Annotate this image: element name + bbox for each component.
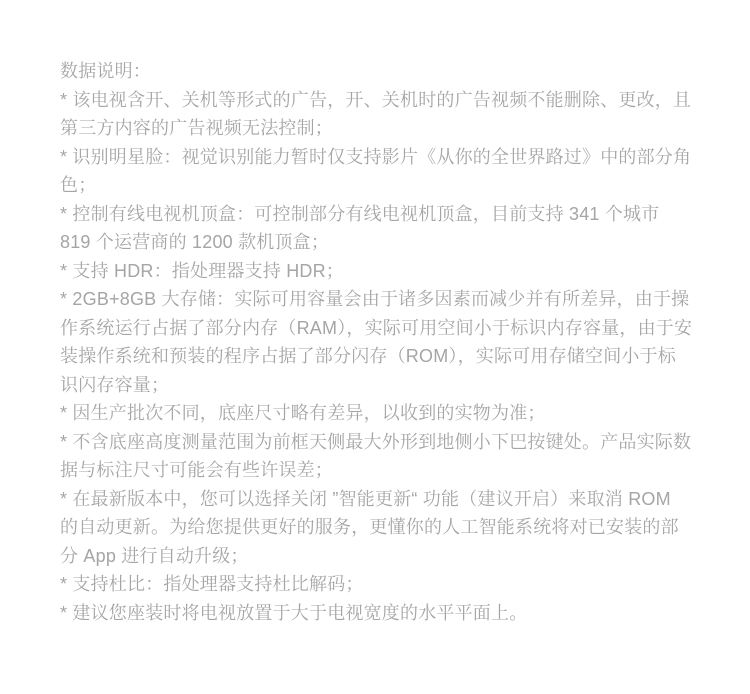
note-item-smart-update: * 在最新版本中，您可以选择关闭 ”智能更新“ 功能（建议开启）来取消 ROM … — [60, 485, 694, 571]
note-item-base-size: * 因生产批次不同，底座尺寸略有差异，以收到的实物为准； — [60, 399, 694, 428]
note-item-placement: * 建议您座装时将电视放置于大于电视宽度的水平平面上。 — [60, 599, 694, 628]
note-item-storage: * 2GB+8GB 大存储：实际可用容量会由于诸多因素而减少并有所差异，由于操作… — [60, 285, 694, 399]
notes-heading: 数据说明： — [60, 57, 694, 86]
note-item-hdr: * 支持 HDR：指处理器支持 HDR； — [60, 257, 694, 286]
note-item-height-measure: * 不含底座高度测量范围为前框天侧最大外形到地侧小下巴按键处。产品实际数据与标注… — [60, 428, 694, 485]
note-item-settop-box: * 控制有线电视机顶盒：可控制部分有线电视机顶盒，目前支持 341 个城市 81… — [60, 200, 694, 257]
note-item-ads: * 该电视含开、关机等形式的广告，开、关机时的广告视频不能删除、更改，且第三方内… — [60, 86, 694, 143]
note-item-dolby: * 支持杜比：指处理器支持杜比解码； — [60, 570, 694, 599]
data-notes-section: 数据说明： * 该电视含开、关机等形式的广告，开、关机时的广告视频不能删除、更改… — [0, 0, 750, 694]
note-item-face-recognition: * 识别明星脸：视觉识别能力暂时仅支持影片《从你的全世界路过》中的部分角色； — [60, 143, 694, 200]
